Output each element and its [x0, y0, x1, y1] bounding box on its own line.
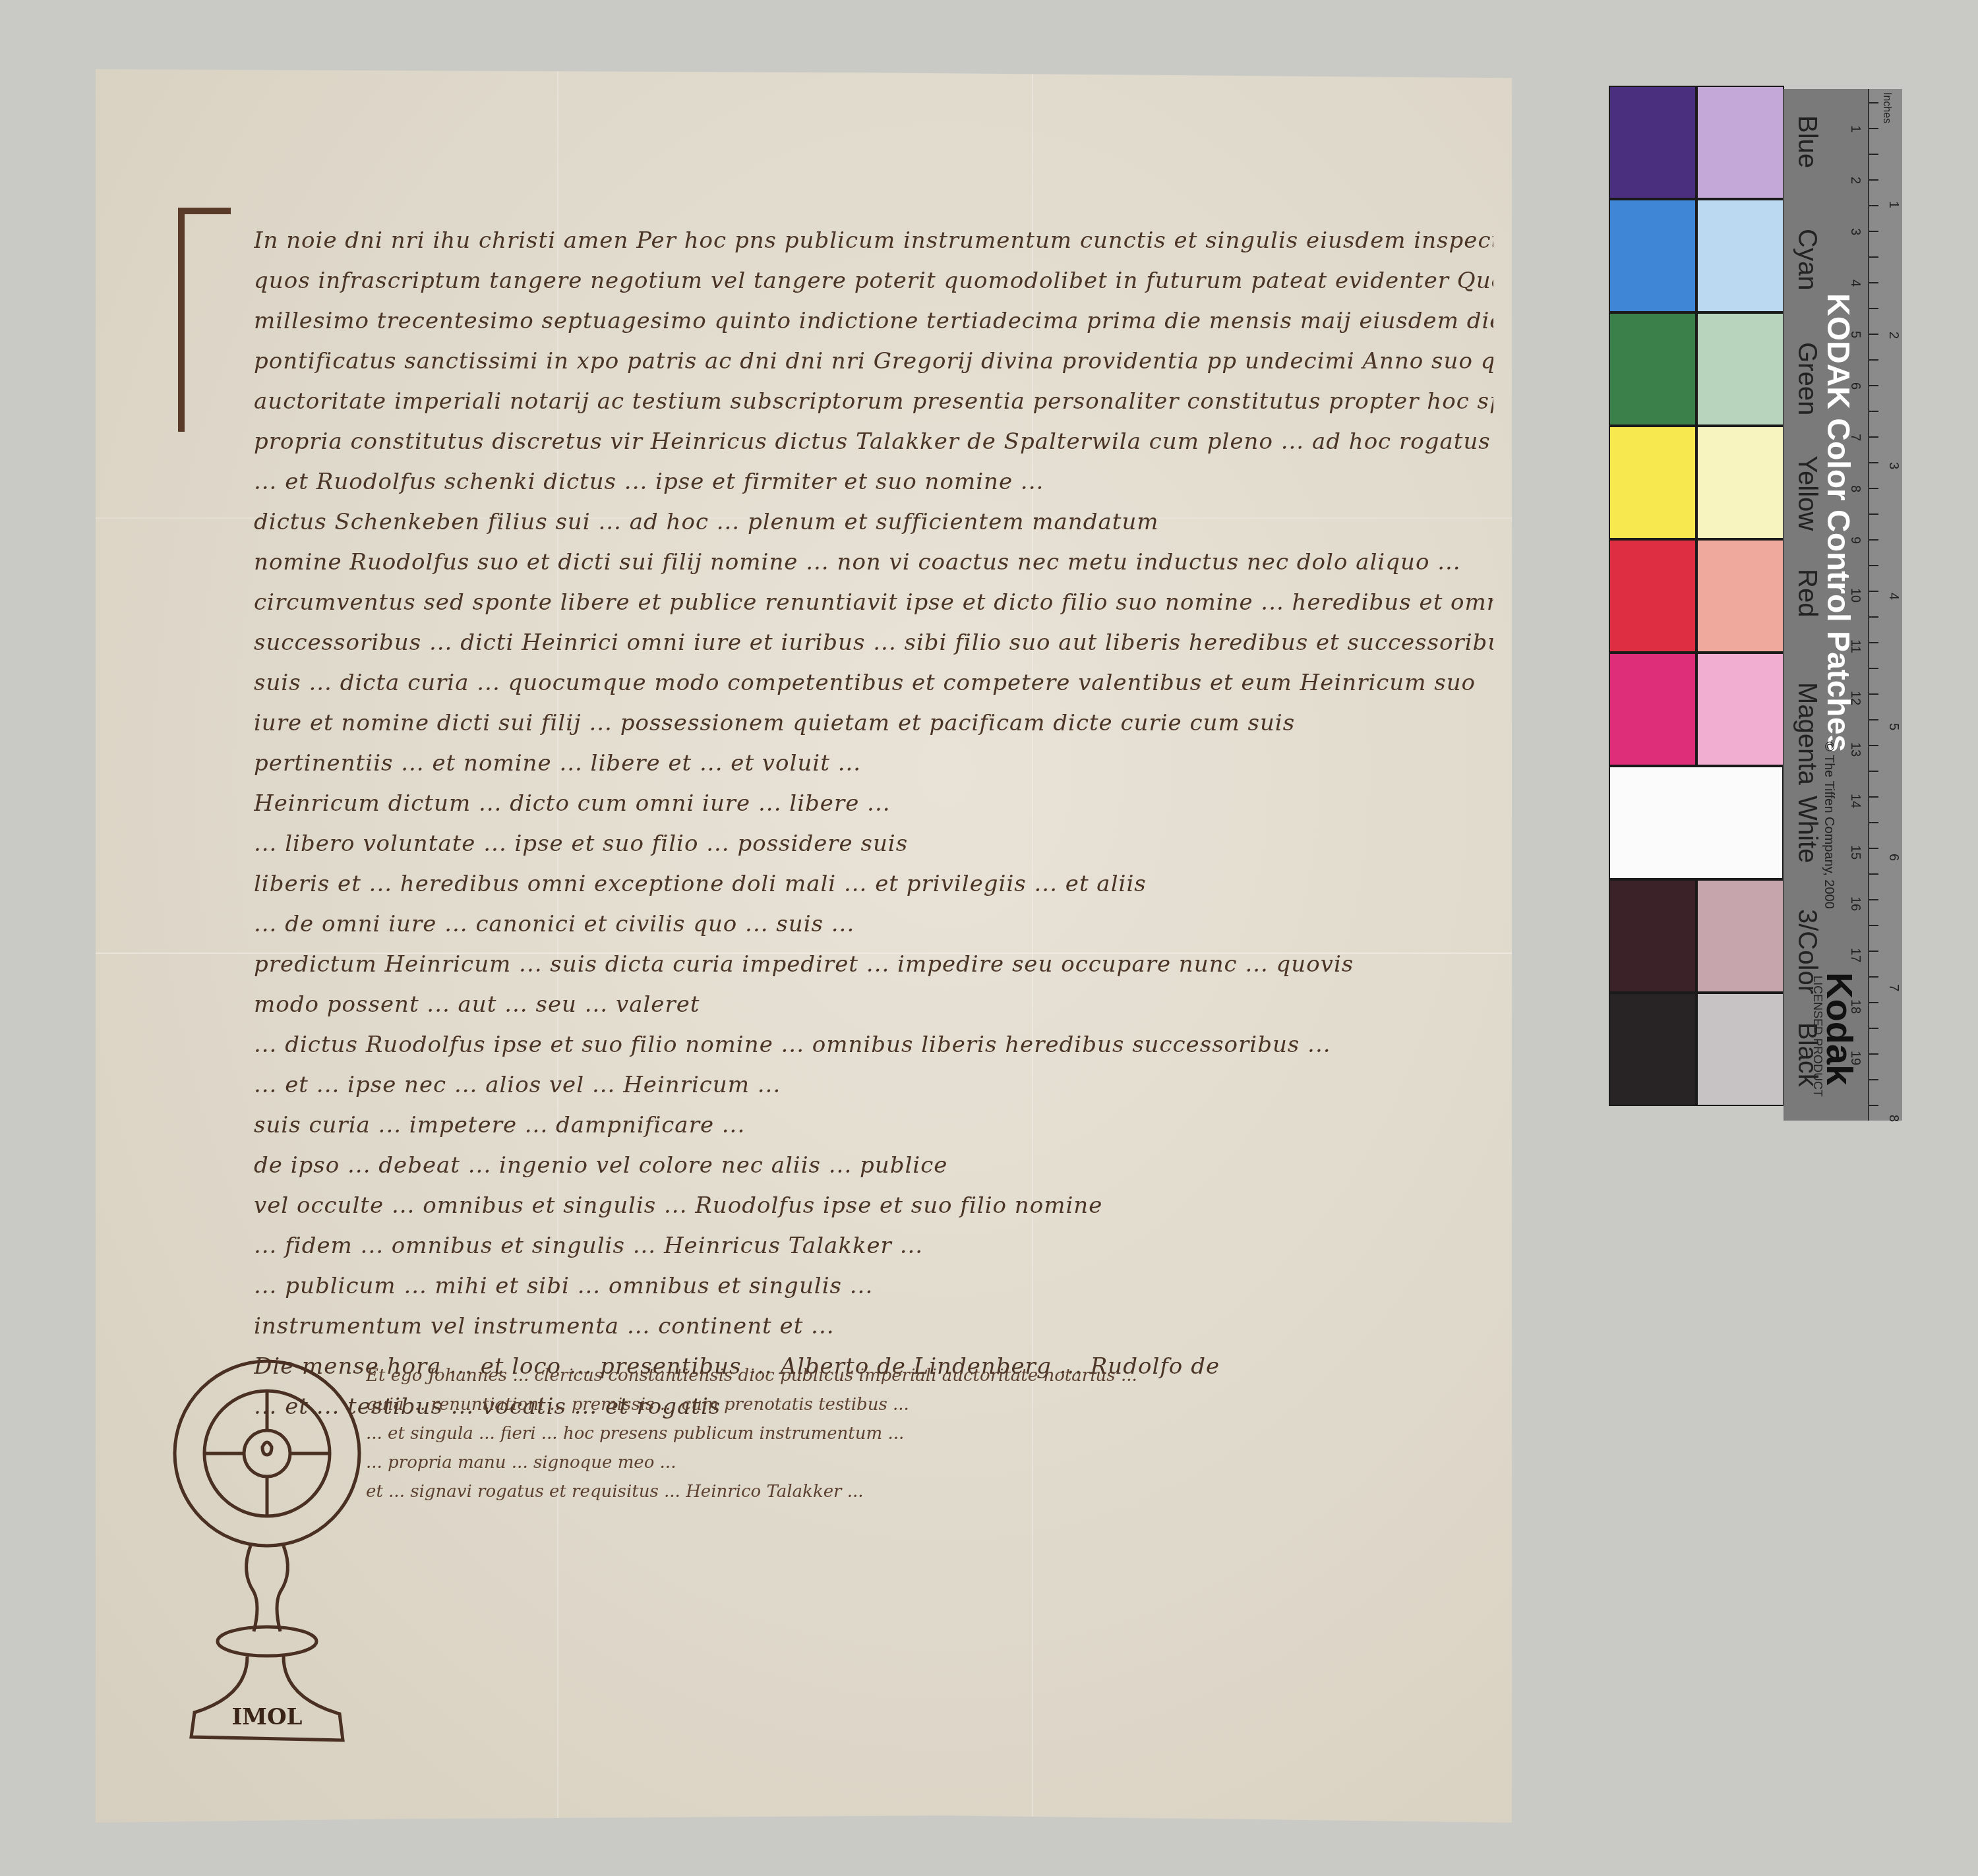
ruler-tick: [1869, 1105, 1878, 1106]
scale-label-panel: KODAK Color Control Patches © The Tiffen…: [1783, 89, 1902, 1121]
inch-tick: 8: [1886, 1115, 1901, 1122]
cm-tick: 18: [1847, 999, 1863, 1014]
notary-sign-label: IMOL: [204, 1704, 330, 1730]
ruler-tick: [1869, 642, 1878, 643]
cm-tick: 16: [1847, 896, 1863, 911]
text-line: ... publicum ... mihi et sibi ... omnibu…: [254, 1266, 1493, 1306]
ruler-tick: [1869, 899, 1878, 900]
text-line: Heinricum dictum ... dicto cum omni iure…: [254, 784, 1493, 824]
ruler-tick: [1869, 822, 1878, 823]
ruler-tick: [1869, 1053, 1878, 1055]
text-line: quos infrascriptum tangere negotium vel …: [254, 261, 1493, 301]
ruler-tick: [1869, 436, 1878, 438]
ruler-tick: [1869, 128, 1878, 129]
patch-black-light: [1696, 993, 1784, 1106]
ruler-tick: [1869, 719, 1878, 720]
inches-label: Inches: [1880, 92, 1892, 123]
patch-magenta-light: [1696, 653, 1784, 766]
notary-text-line: ... propria manu ... signoque meo ...: [366, 1448, 1421, 1477]
color-patches: [1609, 86, 1783, 1124]
ruler: Inches 123456789101112131415161718191234…: [1868, 89, 1902, 1121]
ruler-tick: [1869, 848, 1878, 849]
ruler-tick: [1869, 873, 1878, 875]
text-line: iure et nomine dicti sui filij ... posse…: [254, 703, 1493, 744]
text-line: pertinentiis ... et nomine ... libere et…: [254, 744, 1493, 784]
inch-tick: 2: [1886, 332, 1901, 339]
cm-tick: 17: [1847, 948, 1863, 962]
main-text: In noie dni nri ihu christi amen Per hoc…: [254, 221, 1493, 1427]
patch-label: 3/Color: [1792, 909, 1822, 994]
ruler-tick: [1869, 462, 1878, 463]
ruler-tick: [1869, 1028, 1878, 1029]
ruler-tick: [1869, 154, 1878, 155]
text-line: predictum Heinricum ... suis dicta curia…: [254, 945, 1493, 985]
cm-tick: 15: [1847, 845, 1863, 860]
text-line: dictus Schenkeben filius sui ... ad hoc …: [254, 502, 1493, 542]
cm-tick: 6: [1847, 382, 1863, 390]
cm-tick: 13: [1847, 742, 1863, 757]
ruler-tick: [1869, 205, 1878, 206]
patch-blue-light: [1696, 86, 1784, 199]
ruler-tick: [1869, 513, 1878, 515]
patch-magenta-dark: [1609, 653, 1696, 766]
inch-tick: 1: [1886, 201, 1901, 208]
patch-cyan-light: [1696, 199, 1784, 312]
text-line: suis ... dicta curia ... quocumque modo …: [254, 663, 1493, 703]
patch-label: Yellow: [1792, 455, 1822, 531]
notary-text-line: quia ... renuntiationi ... premissis ...…: [366, 1390, 1421, 1419]
inch-tick: 4: [1886, 593, 1901, 600]
ruler-tick: [1869, 359, 1878, 361]
text-line: ... et ... ipse nec ... alios vel ... He…: [254, 1065, 1493, 1105]
cm-tick: 19: [1847, 1051, 1863, 1065]
ruler-tick: [1869, 616, 1878, 618]
ruler-tick: [1869, 411, 1878, 412]
notary-sign-icon: [165, 1341, 369, 1750]
ruler-tick: [1869, 488, 1878, 489]
cm-tick: 3: [1847, 228, 1863, 235]
patch-green-light: [1696, 312, 1784, 426]
inch-tick: 5: [1886, 723, 1901, 730]
ruler-tick: [1869, 951, 1878, 952]
patch-yellow-light: [1696, 426, 1784, 539]
cm-tick: 11: [1847, 639, 1863, 653]
patch-black-dark: [1609, 993, 1696, 1106]
text-line: ... fidem ... omnibus et singulis ... He…: [254, 1226, 1493, 1266]
text-line: auctoritate imperiali notarij ac testium…: [254, 382, 1493, 422]
text-line: propria constitutus discretus vir Heinri…: [254, 422, 1493, 462]
ruler-tick: [1869, 565, 1878, 566]
kodak-brand: Kodak: [1818, 972, 1861, 1085]
text-line: millesimo trecentesimo septuagesimo quin…: [254, 301, 1493, 341]
cm-tick: 14: [1847, 794, 1863, 808]
cm-tick: 4: [1847, 279, 1863, 287]
ruler-tick: [1869, 925, 1878, 926]
cm-tick: 2: [1847, 177, 1863, 184]
notary-text-line: et ... signavi rogatus et requisitus ...…: [366, 1477, 1421, 1506]
decorated-initial-i: [178, 208, 231, 432]
text-line: suis curia ... impetere ... dampnificare…: [254, 1105, 1493, 1146]
cm-tick: 10: [1847, 588, 1863, 602]
patch-label: Red: [1792, 569, 1822, 617]
patch-label: Cyan: [1792, 229, 1822, 290]
ruler-tick: [1869, 693, 1878, 695]
text-line: In noie dni nri ihu christi amen Per hoc…: [254, 221, 1493, 261]
text-line: successoribus ... dicti Heinrici omni iu…: [254, 623, 1493, 663]
text-line: modo possent ... aut ... seu ... valeret: [254, 985, 1493, 1025]
ruler-tick: [1869, 745, 1878, 746]
ruler-tick: [1869, 591, 1878, 592]
ruler-tick: [1869, 385, 1878, 386]
text-line: de ipso ... debeat ... ingenio vel color…: [254, 1146, 1493, 1186]
cm-tick: 7: [1847, 434, 1863, 441]
patch-label: Magenta: [1792, 682, 1822, 785]
text-line: liberis et ... heredibus omni exceptione…: [254, 864, 1493, 904]
inch-tick: 7: [1886, 984, 1901, 991]
cm-tick: 12: [1847, 691, 1863, 705]
patch-blue-dark: [1609, 86, 1696, 199]
cm-tick: 5: [1847, 331, 1863, 338]
ruler-tick: [1869, 256, 1878, 258]
parchment-document: In noie dni nri ihu christi amen Per hoc…: [96, 69, 1512, 1823]
text-line: pontificatus sanctissimi in xpo patris a…: [254, 341, 1493, 382]
text-line: ... dictus Ruodolfus ipse et suo filio n…: [254, 1025, 1493, 1065]
cm-tick: 8: [1847, 485, 1863, 492]
notary-subscription: Et ego Johannes ... clericus constantien…: [366, 1361, 1421, 1506]
notary-signum: IMOL: [165, 1341, 369, 1750]
patch-label: White: [1792, 796, 1822, 863]
ruler-tick: [1869, 1079, 1878, 1080]
patch-label: Black: [1792, 1022, 1822, 1087]
inch-tick: 6: [1886, 854, 1901, 861]
ruler-tick: [1869, 102, 1878, 103]
patch-yellow-dark: [1609, 426, 1696, 539]
patch-green-dark: [1609, 312, 1696, 426]
kodak-color-strip: KODAK Color Control Patches © The Tiffen…: [1609, 86, 1902, 1124]
text-line: vel occulte ... omnibus et singulis ... …: [254, 1186, 1493, 1226]
ruler-tick: [1869, 1002, 1878, 1003]
ruler-tick: [1869, 668, 1878, 669]
cm-tick: 9: [1847, 537, 1863, 544]
patch-cyan-dark: [1609, 199, 1696, 312]
text-line: nomine Ruodolfus suo et dicti sui filij …: [254, 542, 1493, 583]
notary-text-line: Et ego Johannes ... clericus constantien…: [366, 1361, 1421, 1390]
text-line: ... libero voluntate ... ipse et suo fil…: [254, 824, 1493, 864]
patch-3-color-light: [1696, 879, 1784, 993]
patch-label: Green: [1792, 342, 1822, 415]
ruler-tick: [1869, 282, 1878, 283]
ruler-tick: [1869, 976, 1878, 978]
text-line: ... et Ruodolfus schenki dictus ... ipse…: [254, 462, 1493, 502]
ruler-tick: [1869, 771, 1878, 772]
patch-white: [1609, 766, 1783, 879]
ruler-tick: [1869, 539, 1878, 541]
cm-tick: 1: [1847, 125, 1863, 132]
ruler-tick: [1869, 334, 1878, 335]
text-line: circumventus sed sponte libere et public…: [254, 583, 1493, 623]
kodak-title: KODAK Color Control Patches: [1820, 293, 1856, 752]
patch-label: Blue: [1792, 115, 1822, 168]
notary-text-line: ... et singula ... fieri ... hoc presens…: [366, 1419, 1421, 1448]
ruler-tick: [1869, 231, 1878, 232]
text-line: ... de omni iure ... canonici et civilis…: [254, 904, 1493, 945]
ruler-tick: [1869, 796, 1878, 798]
patch-red-dark: [1609, 539, 1696, 653]
copyright-text: © The Tiffen Company, 2000: [1821, 742, 1836, 909]
patch-3-color-dark: [1609, 879, 1696, 993]
inch-tick: 3: [1886, 462, 1901, 469]
text-line: instrumentum vel instrumenta ... contine…: [254, 1306, 1493, 1347]
ruler-tick: [1869, 308, 1878, 309]
patch-red-light: [1696, 539, 1784, 653]
ruler-tick: [1869, 179, 1878, 181]
